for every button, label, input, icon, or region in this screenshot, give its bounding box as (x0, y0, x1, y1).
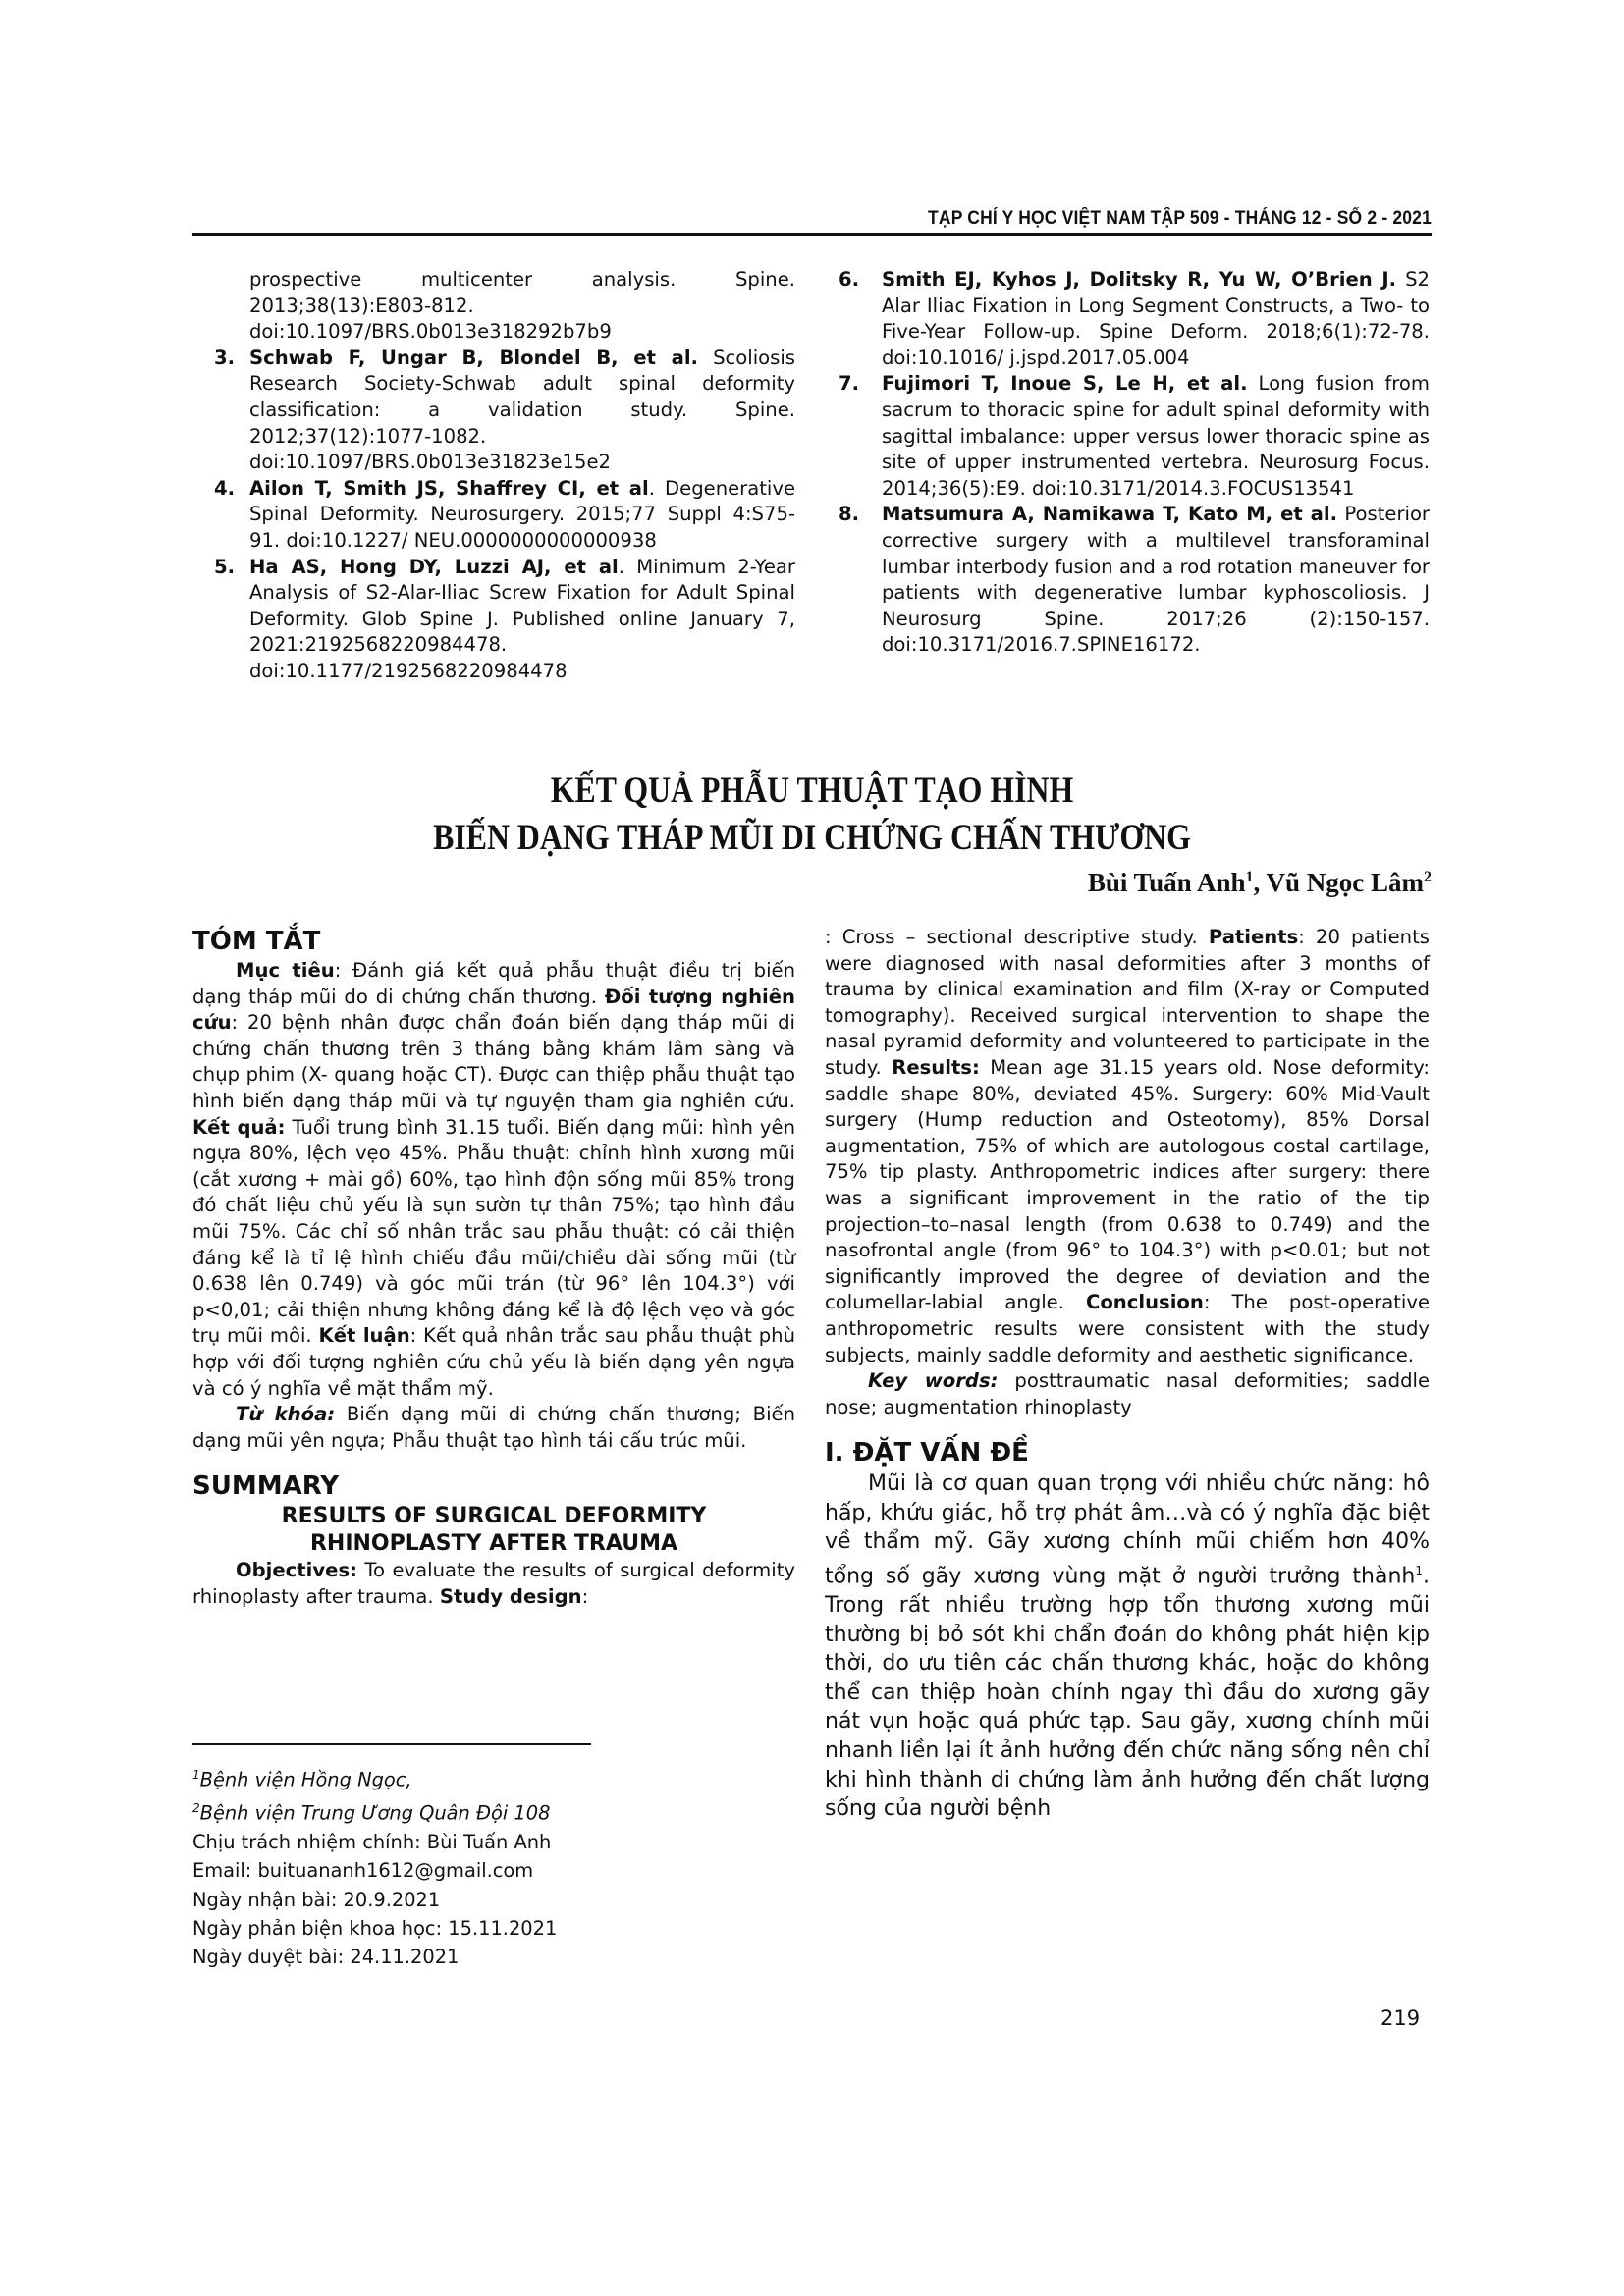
footnote-rule (192, 1743, 591, 1745)
date-reviewed: Ngày phản biện khoa học: 15.11.2021 (192, 1914, 795, 1943)
reference-authors: Ailon T, Smith JS, Shaffrey CI, et al (249, 477, 649, 500)
author-affiliation-mark: 2 (1424, 869, 1432, 885)
results-en-text: Mean age 31.15 years old. Nose deformity… (825, 1056, 1430, 1313)
article-authors: Bùi Tuấn Anh1, Vũ Ngọc Lâm2 (1088, 868, 1432, 898)
results-en-label: Results: (892, 1056, 980, 1079)
reference-authors: Fujimori T, Inoue S, Le H, et al. (882, 372, 1248, 395)
reference-text: Posterior corrective surgery with a mult… (882, 503, 1430, 656)
running-header: TẠP CHÍ Y HỌC VIỆT NAM TẬP 509 - THÁNG 1… (292, 208, 1432, 230)
contact-email: Email: buituananh1612@gmail.com (192, 1856, 795, 1885)
patients-label: Patients (1209, 926, 1298, 948)
header-rule (192, 233, 1432, 236)
results-text: Tuổi trung bình 31.15 tuổi. Biến dạng mũ… (192, 1116, 795, 1348)
conclusion-label: Kết luận (319, 1324, 410, 1347)
reference-item: 5.Ha AS, Hong DY, Luzzi AJ, et al. Minim… (192, 555, 795, 685)
objectives-label: Objectives: (236, 1559, 357, 1581)
conclusion-en-label: Conclusion (1086, 1291, 1204, 1313)
reference-number: 7. (839, 371, 859, 398)
reference-item: 6.Smith EJ, Kyhos J, Dolitsky R, Yu W, O… (825, 267, 1430, 371)
abstract-vi-body: Mục tiêu: Đánh giá kết quả phẫu thuật đi… (192, 958, 795, 1402)
affiliation-mark: 1 (192, 1768, 200, 1782)
date-accepted: Ngày duyệt bài: 24.11.2021 (192, 1943, 795, 1971)
left-main-column: TÓM TẮT Mục tiêu: Đánh giá kết quả phẫu … (192, 925, 795, 1610)
keywords-vi: Từ khóa: Biến dạng mũi di chứng chấn thư… (192, 1402, 795, 1454)
reference-authors: Ha AS, Hong DY, Luzzi AJ, et al (249, 556, 619, 578)
affiliation-text: Bệnh viện Hồng Ngọc, (200, 1768, 412, 1790)
reference-text: prospective multicenter analysis. Spine.… (249, 268, 795, 343)
date-received: Ngày nhận bài: 20.9.2021 (192, 1886, 795, 1914)
reference-item: 3.Schwab F, Ungar B, Blondel B, et al. S… (192, 346, 795, 476)
reference-item: 4.Ailon T, Smith JS, Shaffrey CI, et al.… (192, 476, 795, 555)
reference-item: prospective multicenter analysis. Spine.… (192, 267, 795, 346)
results-label: Kết quả: (192, 1116, 285, 1139)
summary-heading: SUMMARY (192, 1469, 795, 1503)
reference-item: 8.Matsumura A, Namikawa T, Kato M, et al… (825, 502, 1430, 659)
author-name: Vũ Ngọc Lâm (1267, 868, 1425, 897)
reference-number: 3. (214, 346, 235, 372)
reference-authors: Matsumura A, Namikawa T, Kato M, et al. (882, 503, 1337, 525)
author-name: Bùi Tuấn Anh (1088, 868, 1246, 897)
author-separator: , (1253, 868, 1266, 897)
reference-authors: Smith EJ, Kyhos J, Dolitsky R, Yu W, O’B… (882, 268, 1396, 291)
references-left-column: prospective multicenter analysis. Spine.… (192, 267, 795, 685)
subjects-text: : 20 bệnh nhân được chẩn đoán biến dạng … (192, 1011, 795, 1112)
affiliation-mark: 2 (192, 1801, 200, 1815)
reference-number: 8. (839, 502, 859, 528)
intro-text: . Trong rất nhiều trường hợp tổn thương … (825, 1564, 1430, 1821)
intro-heading: I. ĐẶT VẤN ĐỀ (825, 1436, 1430, 1469)
abstract-en-body: : Cross – sectional descriptive study. P… (825, 925, 1430, 1368)
reference-number: 4. (214, 476, 235, 503)
reference-number: 6. (839, 267, 859, 294)
article-title: KẾT QUẢ PHẪU THUẬT TẠO HÌNH BIẾN DẠNG TH… (192, 768, 1432, 862)
summary-title-line-1: RESULTS OF SURGICAL DEFORMITY (192, 1503, 795, 1530)
citation-mark: 1 (1415, 1564, 1423, 1577)
right-main-column: : Cross – sectional descriptive study. P… (825, 925, 1430, 1824)
abstract-vi-heading: TÓM TẮT (192, 925, 795, 958)
affiliation-1: 1Bệnh viện Hồng Ngọc, (192, 1761, 795, 1794)
keywords-vi-label: Từ khóa: (236, 1403, 335, 1425)
page-number: 219 (1380, 2006, 1420, 2030)
responsible-author: Chịu trách nhiệm chính: Bùi Tuấn Anh (192, 1828, 795, 1856)
article-title-line-1: KẾT QUẢ PHẪU THUẬT TẠO HÌNH (279, 768, 1344, 815)
footnotes: 1Bệnh viện Hồng Ngọc, 2Bệnh viện Trung Ư… (192, 1761, 795, 1972)
abstract-en-body-start: Objectives: To evaluate the results of s… (192, 1558, 795, 1610)
reference-item: 7.Fujimori T, Inoue S, Le H, et al. Long… (825, 371, 1430, 502)
references-right-column: 6.Smith EJ, Kyhos J, Dolitsky R, Yu W, O… (825, 267, 1430, 659)
objective-label: Mục tiêu (236, 959, 335, 982)
keywords-en: Key words: posttraumatic nasal deformiti… (825, 1368, 1430, 1420)
affiliation-text: Bệnh viện Trung Ương Quân Đội 108 (200, 1801, 551, 1824)
study-design-label: Study design (440, 1585, 582, 1608)
affiliation-2: 2Bệnh viện Trung Ương Quân Đội 108 (192, 1794, 795, 1828)
summary-title-line-2: RHINOPLASTY AFTER TRAUMA (192, 1530, 795, 1558)
reference-authors: Schwab F, Ungar B, Blondel B, et al. (249, 347, 698, 369)
intro-text: Mũi là cơ quan quan trọng với nhiều chức… (825, 1471, 1430, 1588)
article-title-line-2: BIẾN DẠNG THÁP MŨI DI CHỨNG CHẤN THƯƠNG (279, 815, 1344, 862)
reference-number: 5. (214, 555, 235, 581)
keywords-en-label: Key words: (868, 1369, 998, 1392)
intro-body: Mũi là cơ quan quan trọng với nhiều chức… (825, 1469, 1430, 1823)
study-design-text: : Cross – sectional descriptive study. (825, 926, 1209, 948)
